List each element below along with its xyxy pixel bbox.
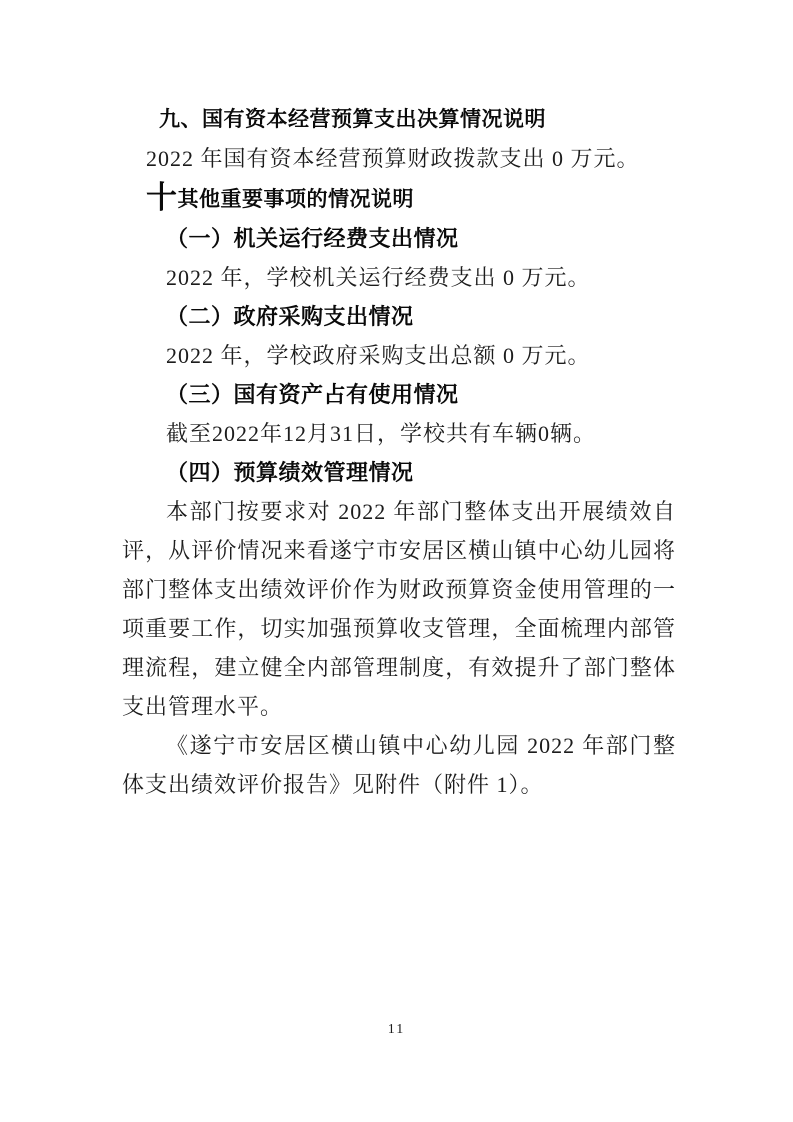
section-ten-numeral: 十 [146,180,178,215]
paragraph-performance-evaluation: 本部门按要求对 2022 年部门整体支出开展绩效自评，从评价情况来看遂宁市安居区… [122,492,676,726]
subheading-government-procurement: （二）政府采购支出情况 [122,297,676,336]
section-heading-nine: 九、国有资本经营预算支出决算情况说明 [122,100,676,139]
body-line-state-assets-vehicles: 截至2022年12月31日，学校共有车辆0辆。 [122,414,676,453]
body-line-agency-operating-costs: 2022 年，学校机关运行经费支出 0 万元。 [122,258,676,297]
subheading-budget-performance: （四）预算绩效管理情况 [122,453,676,492]
subheading-state-assets: （三）国有资产占有使用情况 [122,375,676,414]
subheading-agency-operating-costs: （一）机关运行经费支出情况 [122,219,676,258]
document-page: 九、国有资本经营预算支出决算情况说明 2022 年国有资本经营预算财政拨款支出 … [0,0,793,1122]
paragraph-attachment-reference: 《遂宁市安居区横山镇中心幼儿园 2022 年部门整体支出绩效评价报告》见附件（附… [122,726,676,804]
page-number: 11 [0,1022,793,1038]
body-line-state-capital-budget: 2022 年国有资本经营预算财政拨款支出 0 万元。 [122,139,676,178]
body-line-government-procurement: 2022 年，学校政府采购支出总额 0 万元。 [122,336,676,375]
document-content: 九、国有资本经营预算支出决算情况说明 2022 年国有资本经营预算财政拨款支出 … [122,100,676,804]
section-heading-ten: 十其他重要事项的情况说明 [122,178,676,219]
section-ten-title: 其他重要事项的情况说明 [178,188,415,211]
